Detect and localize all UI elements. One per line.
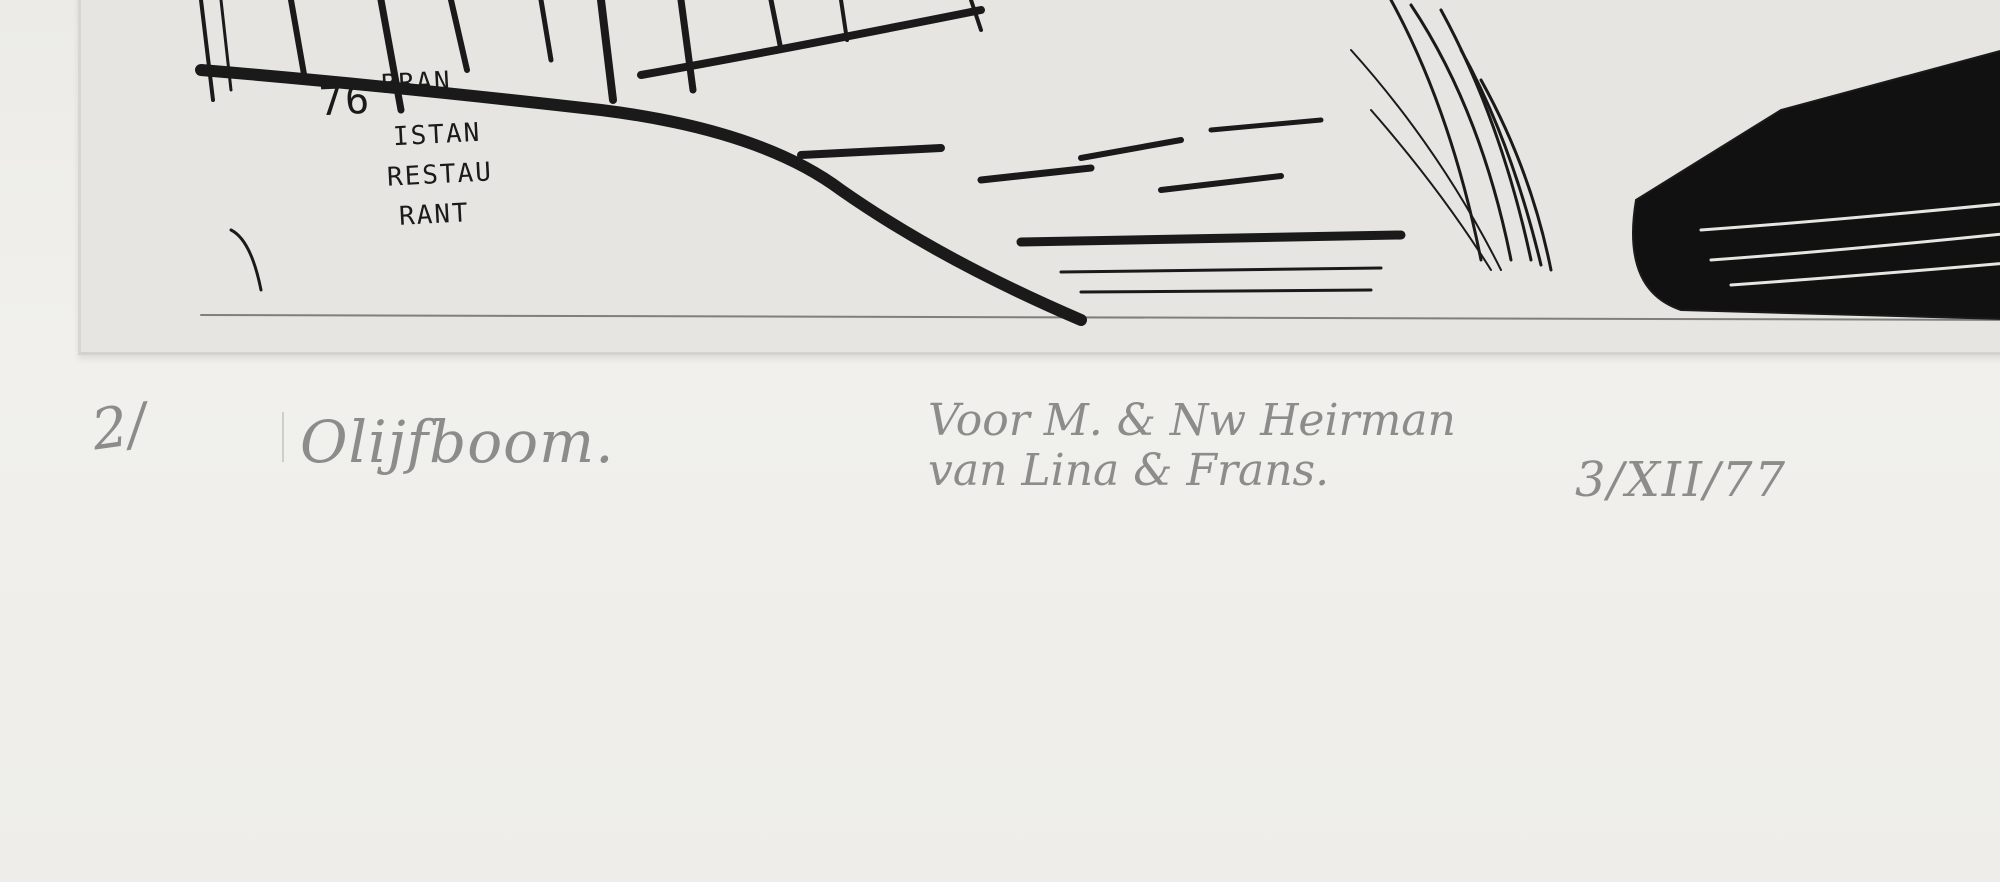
dedication-line-2: van Lina & Frans. xyxy=(928,446,1456,496)
plate-sign-line-2: ISTAN xyxy=(392,120,482,151)
dedication-line-1: Voor M. & Nw Heirman xyxy=(928,396,1456,446)
dedication: Voor M. & Nw Heirman van Lina & Frans. xyxy=(928,396,1456,496)
inscription-date: 3/XII/77 xyxy=(1575,452,1787,508)
pencil-mark xyxy=(282,412,284,462)
plate-number: 76 xyxy=(318,87,371,116)
plate-sign-line-4: RANT xyxy=(398,200,470,230)
plate-sign-line-3: RESTAU xyxy=(386,159,493,191)
edition-number: 2/ xyxy=(88,392,151,464)
plate-sign-line-1: BRAN xyxy=(380,68,452,98)
etching-illustration xyxy=(81,0,2000,352)
artwork-title: Olijfboom. xyxy=(300,408,615,476)
etching-plate: 76 BRAN ISTAN RESTAU RANT xyxy=(78,0,2000,355)
